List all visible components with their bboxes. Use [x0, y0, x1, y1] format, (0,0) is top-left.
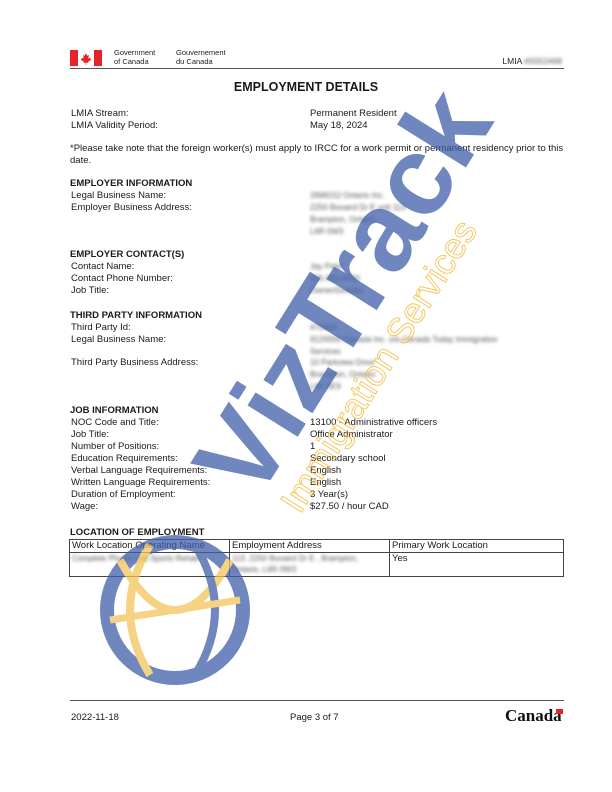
footer-date: 2022-11-18	[71, 712, 119, 723]
third-party-id-label: Third Party Id:	[71, 322, 131, 334]
gov-en-line2: of Canada	[114, 58, 155, 67]
contact-title-value: Owner/Director	[310, 285, 364, 297]
job-field-label: Written Language Requirements:	[71, 477, 210, 489]
job-field-label: Verbal Language Requirements:	[71, 465, 207, 477]
third-party-heading: THIRD PARTY INFORMATION	[70, 310, 202, 321]
header-divider	[70, 68, 564, 69]
primary-work-location: Yes	[390, 552, 564, 576]
third-party-address-label: Third Party Business Address:	[71, 357, 198, 369]
svg-text:Immigration Services: Immigration Services	[272, 212, 485, 519]
table-row: Complete Physio and Sports Rehab 113, 22…	[70, 552, 564, 576]
job-field-value: 13100 - Administrative officers	[310, 417, 437, 429]
employer-address-line3: L6R 0W3	[310, 226, 343, 238]
lmia-number: #5552468	[524, 56, 562, 66]
contact-title-label: Job Title:	[71, 285, 109, 297]
third-party-address-line1: 10 Parkview Drive	[310, 357, 374, 369]
gov-en-signature: Government of Canada	[114, 49, 155, 66]
job-field-label: Number of Positions:	[71, 441, 159, 453]
job-field-value: 3 Year(s)	[310, 489, 348, 501]
employer-address-line1: 2250 Bovaird Dr E unit 113	[310, 202, 405, 214]
contact-name-label: Contact Name:	[71, 261, 134, 273]
canada-wordmark: Canada	[505, 706, 562, 726]
job-field-value: English	[310, 465, 341, 477]
employer-legal-name-value: 2698152 Ontario Inc.	[310, 190, 385, 202]
column-header: Employment Address	[230, 540, 390, 553]
column-header: Primary Work Location	[390, 540, 564, 553]
gov-fr-line2: du Canada	[176, 58, 226, 67]
employer-address-label: Employer Business Address:	[71, 202, 192, 214]
job-field-label: Wage:	[71, 501, 98, 513]
canada-flag-icon	[70, 50, 102, 66]
location-table: Work Location Operating Name Employment …	[69, 539, 564, 577]
third-party-name-label: Legal Business Name:	[71, 334, 166, 346]
employer-address-line2: Brampton, Ontario	[310, 214, 375, 226]
employer-legal-name-label: Legal Business Name:	[71, 190, 166, 202]
lmia-stream-label: LMIA Stream:	[71, 108, 129, 120]
third-party-address-line2: Brampton, Ontario	[310, 369, 375, 381]
job-field-value: Secondary school	[310, 453, 386, 465]
lmia-validity-value: May 18, 2024	[310, 120, 368, 132]
footer-divider	[70, 700, 564, 701]
gov-fr-signature: Gouvernement du Canada	[176, 49, 226, 66]
contact-phone-value: 905-555-0000	[310, 273, 360, 285]
work-location-name: Complete Physio and Sports Rehab	[70, 552, 230, 576]
job-field-value: 1	[310, 441, 315, 453]
lmia-reference: LMIA #5552468	[502, 56, 562, 66]
table-header-row: Work Location Operating Name Employment …	[70, 540, 564, 553]
employer-heading: EMPLOYER INFORMATION	[70, 178, 192, 189]
lmia-validity-label: LMIA Validity Period:	[71, 120, 158, 132]
job-heading: JOB INFORMATION	[70, 405, 159, 416]
contact-name-value: Jay Patel	[310, 261, 343, 273]
wordmark-flag-icon	[556, 709, 563, 714]
job-field-value: $27.50 / hour CAD	[310, 501, 389, 513]
job-field-label: NOC Code and Title:	[71, 417, 159, 429]
lmia-label: LMIA	[502, 56, 521, 66]
validity-note: *Please take note that the foreign worke…	[70, 143, 570, 167]
job-field-value: English	[310, 477, 341, 489]
page-title: EMPLOYMENT DETAILS	[0, 80, 612, 94]
employment-address: 113, 2250 Bovaird Dr E , Brampton, Ontar…	[230, 552, 390, 576]
job-field-label: Job Title:	[71, 429, 109, 441]
contact-phone-label: Contact Phone Number:	[71, 273, 173, 285]
page-number: Page 3 of 7	[290, 712, 339, 723]
lmia-stream-value: Permanent Resident	[310, 108, 397, 120]
third-party-address-line3: L6X 0E9	[310, 381, 341, 393]
job-field-value: Office Administrator	[310, 429, 393, 441]
canada-wordmark-text: Canada	[505, 706, 562, 725]
third-party-id-value: 470000	[310, 322, 337, 334]
location-heading: LOCATION OF EMPLOYMENT	[70, 527, 204, 538]
third-party-name-line1: 9120000 Canada Inc. o/a Canada Today Imm…	[310, 334, 498, 346]
job-field-label: Education Requirements:	[71, 453, 178, 465]
column-header: Work Location Operating Name	[70, 540, 230, 553]
contact-heading: EMPLOYER CONTACT(S)	[70, 249, 184, 260]
job-field-label: Duration of Employment:	[71, 489, 176, 501]
